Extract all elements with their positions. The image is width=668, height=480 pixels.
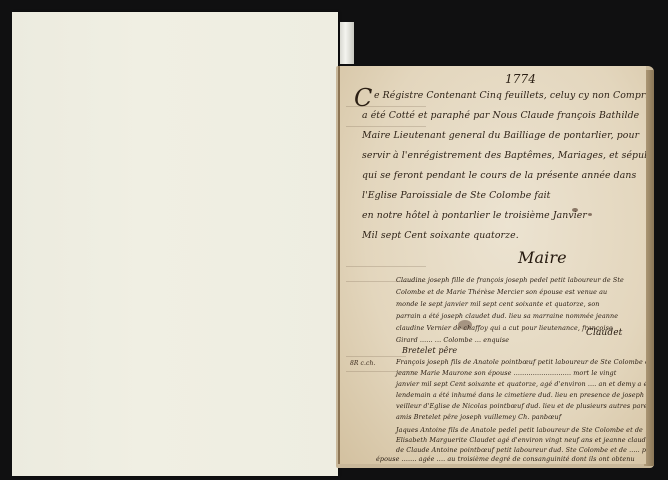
entry-signature: Bretelet pêre (402, 346, 457, 355)
entry-line: monde le sept janvier mil sept cent soix… (396, 300, 599, 308)
intro-line: en notre hôtel à pontarlier le troisième… (362, 210, 587, 221)
intro-line: Maire Lieutenant general du Bailliage de… (362, 130, 639, 141)
register-page: 1774 C e Régistre Contenant Cinq feuille… (338, 66, 646, 464)
entry-signature: Claudet (586, 328, 622, 338)
entry-line: Elisabeth Marguerite Claudet agé d'envir… (396, 436, 646, 444)
blank-left-page (12, 12, 338, 476)
entry-line: jeanne Marie Maurone son épouse ........… (396, 369, 616, 377)
entry-line: François joseph fils de Anatole pointbœu… (396, 358, 646, 366)
entry-line: veilleur d'Eglise de Nicolas pointbœuf d… (396, 402, 646, 410)
intro-signature: Maire (518, 248, 567, 267)
dropcap-letter: C (354, 84, 372, 112)
entry-line: janvier mil sept Cent soixante et quator… (396, 380, 646, 388)
intro-line: qui se feront pendant le cours de la pré… (362, 170, 636, 181)
entry-line: Colombe et de Marie Thérèse Mercier son … (396, 288, 607, 296)
document-scan: 1774 C e Régistre Contenant Cinq feuille… (0, 0, 668, 480)
entry-line: parrain a été joseph claudet dud. lieu s… (396, 312, 618, 320)
entry-line: de Claude Antoine pointbœuf petit labour… (396, 446, 646, 454)
intro-line: servir à l'enrégistrement des Baptêmes, … (362, 150, 646, 161)
margin-note: 8R c.ch. (350, 360, 375, 367)
entry-line: lendemain a été inhumé dans le cimetiere… (396, 391, 646, 399)
bookmark-ribbon (340, 22, 354, 64)
entry-line: claudine Vernier de chaffoy qui a cut po… (396, 324, 613, 332)
entry-line: Girard ...... ... Colombe ... enquise (396, 336, 509, 344)
intro-line: a été Cotté et paraphé par Nous Claude f… (362, 110, 639, 121)
intro-line: l'Eglise Paroissiale de Ste Colombe fait (362, 190, 551, 201)
intro-line: e Régistre Contenant Cinq feuillets, cel… (374, 90, 646, 101)
intro-line: Mil sept Cent soixante quatorze. (362, 230, 519, 241)
register-year: 1774 (505, 72, 536, 86)
entry-line: épouse ....... agée .... au troisième de… (376, 455, 635, 463)
entry-line: amis Bretelet pêre joseph vuillemey Ch. … (396, 413, 561, 421)
entry-line: Claudine joseph fille de françois joseph… (396, 276, 624, 284)
entry-line: Jaques Antoine fils de Anatole pedel pet… (396, 426, 643, 434)
